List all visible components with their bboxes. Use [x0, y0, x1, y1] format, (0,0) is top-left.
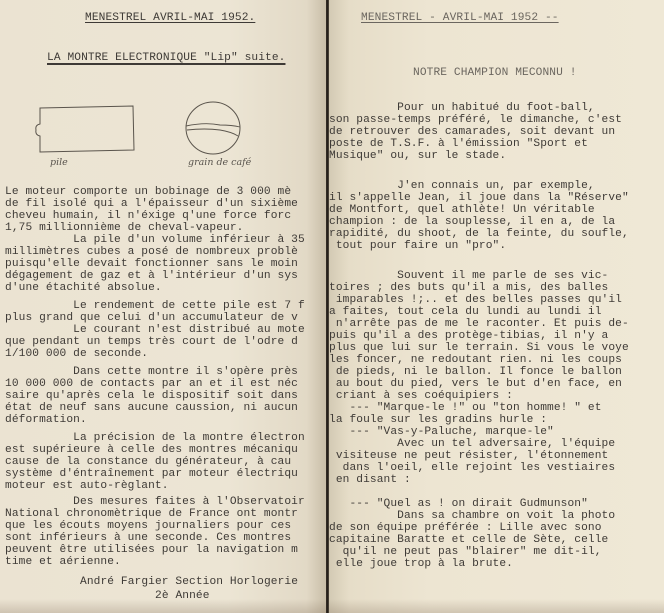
text-line: sont inférieurs à une seconde. Ces montr… [5, 532, 291, 544]
text-line: visiteuse ne peut résister, l'étonnement [329, 450, 608, 462]
text-line: a faites, tout cela du lundi au lundi il [329, 306, 602, 318]
text-line: Le moteur comporte un bobinage de 3 000 … [5, 186, 291, 198]
text-line: de Montfort, quel athlète! Un véritable [329, 204, 595, 216]
right-page: MENESTREL - AVRIL-MAI 1952 -- NOTRE CHAM… [329, 0, 664, 613]
text-line: Des mesures faites à l'Observatoir [5, 496, 305, 508]
text-line: Avec un tel adversaire, l'équipe [329, 438, 615, 450]
text-line: La précision de la montre électron [5, 432, 305, 444]
text-line: Le courant n'est distribué au mote [5, 324, 305, 336]
text-line: rapidité, du shoot, de la feinte, du sou… [329, 228, 629, 240]
text-line: la foule sur les gradins hurle : [329, 414, 547, 426]
text-line: état de neuf sans aucune caussion, ni au… [5, 402, 298, 414]
text-line: toires ; des buts qu'il a mis, des balle… [329, 282, 608, 294]
text-line: son passe-temps préféré, le dimanche, c'… [329, 114, 622, 126]
signature: André Fargier Section Horlogerie [80, 576, 298, 588]
text-line: 1,75 millionnième de cheval-vapeur. [5, 222, 243, 234]
text-line: --- "Marque-le !" ou "ton homme! " et [329, 402, 602, 414]
text-line: est supérieure à celle des montres mécan… [5, 444, 298, 456]
text-line: puisqu'elle devait fonctionner sans le m… [5, 258, 298, 270]
text-line: Le rendement de cette pile est 7 f [5, 300, 305, 312]
text-line: Dans cette montre il s'opère près [5, 366, 298, 378]
battery-caption: pile [50, 157, 68, 168]
text-line: imparables !;.. et des belles passes qu'… [329, 294, 622, 306]
text-line: saire qu'après cela le dispositif soit d… [5, 390, 298, 402]
left-page-title: LA MONTRE ELECTRONIQUE "Lip" suite. [47, 52, 285, 64]
page-shadow [0, 599, 326, 613]
text-line: millimètres cubes a posé de nombreux pro… [5, 246, 298, 258]
text-line: cause de la constance du générateur, à c… [5, 456, 291, 468]
document-spread: MENESTREL AVRIL-MAI 1952. LA MONTRE ELEC… [0, 0, 664, 613]
text-line: poste de T.S.F. à l'émission "Sport et [329, 138, 588, 150]
coffee-bean-caption: grain de café [188, 157, 251, 168]
text-line: qu'il ne peut pas "blairer" me dit-il, [329, 546, 602, 558]
text-line: --- "Quel as ! on dirait Gudmunson" [329, 498, 588, 510]
text-line: plus grand que celui d'un accumulateur d… [5, 312, 298, 324]
text-line: en disant : [329, 474, 411, 486]
text-line: Souvent il me parle de ses vic- [329, 270, 608, 282]
text-line: Musique" ou, sur le stade. [329, 150, 506, 162]
text-line: criant à ses coéquipiers : [329, 390, 513, 402]
text-line: que pendant un temps très court de l'odr… [5, 336, 298, 348]
text-line: dégagement de gaz et à l'intérieur d'un … [5, 270, 298, 282]
coffee-bean-sketch-icon [180, 100, 250, 160]
text-line: Pour un habitué du foot-ball, [329, 102, 595, 114]
text-line: Dans sa chambre on voit la photo [329, 510, 615, 522]
text-line: d'une étachité absolue. [5, 282, 162, 294]
text-line: puis qu'il a des protège-tibias, il n'y … [329, 330, 608, 342]
text-line: peuvent être utilisées pour la navigatio… [5, 544, 298, 556]
right-page-header: MENESTREL - AVRIL-MAI 1952 -- [361, 12, 559, 24]
text-line: 10 000 000 de contacts par an et il est … [5, 378, 298, 390]
text-line: de pieds, ni le ballon. Il fonce le ball… [329, 366, 622, 378]
text-line: système d'éntraînement par moteur électr… [5, 468, 298, 480]
page-shadow [329, 599, 664, 613]
left-page: MENESTREL AVRIL-MAI 1952. LA MONTRE ELEC… [0, 0, 326, 613]
left-page-header: MENESTREL AVRIL-MAI 1952. [85, 12, 255, 24]
text-line: time et aérienne. [5, 556, 121, 568]
text-line: de fil isolé qui a l'épaisseur d'un sixi… [5, 198, 298, 210]
text-line: plus que lui sur le terrain. Si vous le … [329, 342, 629, 354]
text-line: tout pour faire un "pro". [329, 240, 506, 252]
text-line: n'arrête pas de me le raconter. Et puis … [329, 318, 629, 330]
text-line: les foncer, ne redoutant rien. ni les co… [329, 354, 622, 366]
text-line: capitaine Baratte et celle de Sète, cell… [329, 534, 608, 546]
text-line: il s'appelle Jean, il joue dans la "Rése… [329, 192, 629, 204]
text-line: La pile d'un volume inférieur à 35 [5, 234, 305, 246]
text-line: moteur est auto-règlant. [5, 480, 169, 492]
text-line: elle joue trop à la brute. [329, 558, 513, 570]
text-line: J'en connais un, par exemple, [329, 180, 595, 192]
text-line: au bout du pied, vers le but d'en face, … [329, 378, 622, 390]
text-line: de retrouver des camarades, soit devant … [329, 126, 615, 138]
battery-sketch-icon [30, 100, 140, 160]
text-line: déformation. [5, 414, 87, 426]
text-line: que les écouts moyens journaliers pour c… [5, 520, 291, 532]
text-line: --- "Vas-y-Paluche, marque-le" [329, 426, 554, 438]
text-line: de son équipe préférée : Lille avec sono [329, 522, 602, 534]
text-line: cheveu humain, il n'éxige q'une force fo… [5, 210, 291, 222]
text-line: champion : de la souplesse, il en a, de … [329, 216, 615, 228]
text-line: 1/100 000 de seconde. [5, 348, 148, 360]
right-page-title: NOTRE CHAMPION MECONNU ! [413, 67, 577, 79]
text-line: dans l'oeil, elle rejoint les vestiaires [329, 462, 615, 474]
text-line: National chronomètrique de France ont mo… [5, 508, 298, 520]
